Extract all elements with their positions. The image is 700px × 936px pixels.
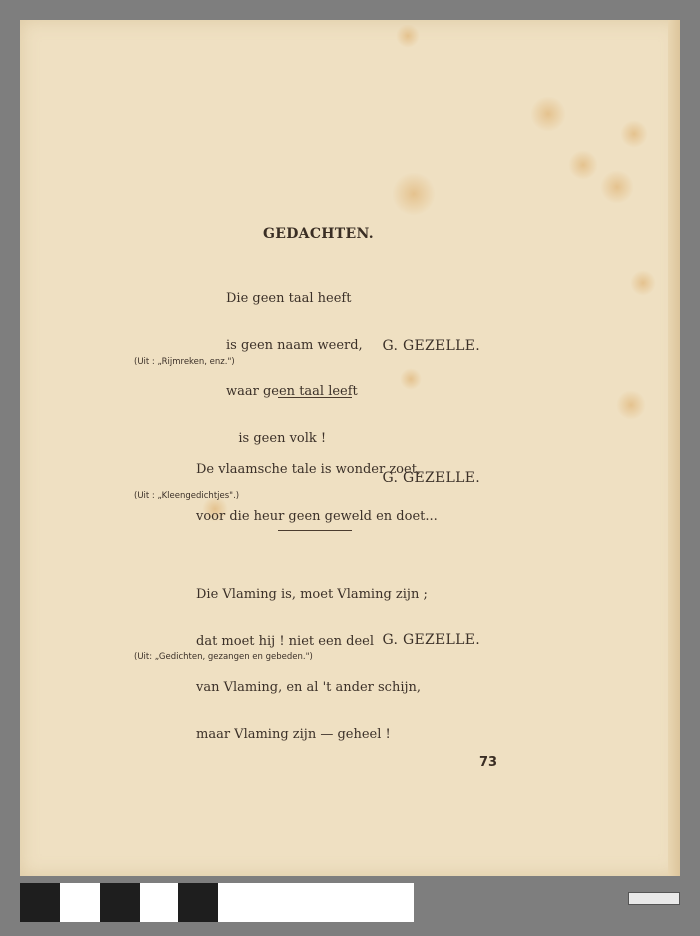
scanned-page: GEDACHTEN. Die geen taal heeft is geen n… <box>20 20 680 876</box>
calibration-color-bar <box>20 883 414 922</box>
calibration-patch-black <box>178 883 218 922</box>
divider-rule <box>278 530 352 531</box>
verse-line: van Vlaming, en al 't ander schijn, <box>196 680 428 696</box>
foxing-stain <box>616 390 646 420</box>
verse-line: Die geen taal heeft <box>226 291 363 307</box>
page-number: 73 <box>479 755 497 770</box>
foxing-stain <box>392 172 436 216</box>
verse-line: maar Vlaming zijn — geheel ! <box>196 727 428 743</box>
foxing-stain <box>630 270 656 296</box>
foxing-stain <box>400 368 422 390</box>
calibration-patch-black <box>20 883 60 922</box>
page-edge <box>668 20 680 876</box>
source-3: (Uit: „Gedichten, gezangen en gebeden.") <box>134 652 313 662</box>
divider-rule <box>278 397 352 398</box>
foxing-stain <box>530 96 566 132</box>
foxing-stain <box>396 24 420 48</box>
calibration-patch-black <box>100 883 140 922</box>
author-2: G. GEZELLE. <box>383 470 481 486</box>
foxing-stain <box>600 170 634 204</box>
source-1: (Uit : „Rijmreken, enz.") <box>134 357 235 367</box>
archive-label-tag <box>628 892 680 905</box>
calibration-patch-white <box>60 883 100 922</box>
poem-3: Die Vlaming is, moet Vlaming zijn ; dat … <box>196 556 428 773</box>
author-1: G. GEZELLE. <box>383 338 481 354</box>
verse-line: Die Vlaming is, moet Vlaming zijn ; <box>196 587 428 603</box>
source-2: (Uit : „Kleengedichtjes".) <box>134 491 239 501</box>
calibration-patch-white-wide <box>218 883 414 922</box>
verse-line: is geen naam weerd, <box>226 338 363 354</box>
calibration-patch-white <box>140 883 178 922</box>
foxing-stain <box>620 120 648 148</box>
foxing-stain <box>568 150 598 180</box>
page-title: GEDACHTEN. <box>263 226 374 242</box>
author-3: G. GEZELLE. <box>383 632 481 648</box>
verse-line: voor die heur geen geweld en doet... <box>196 509 438 525</box>
